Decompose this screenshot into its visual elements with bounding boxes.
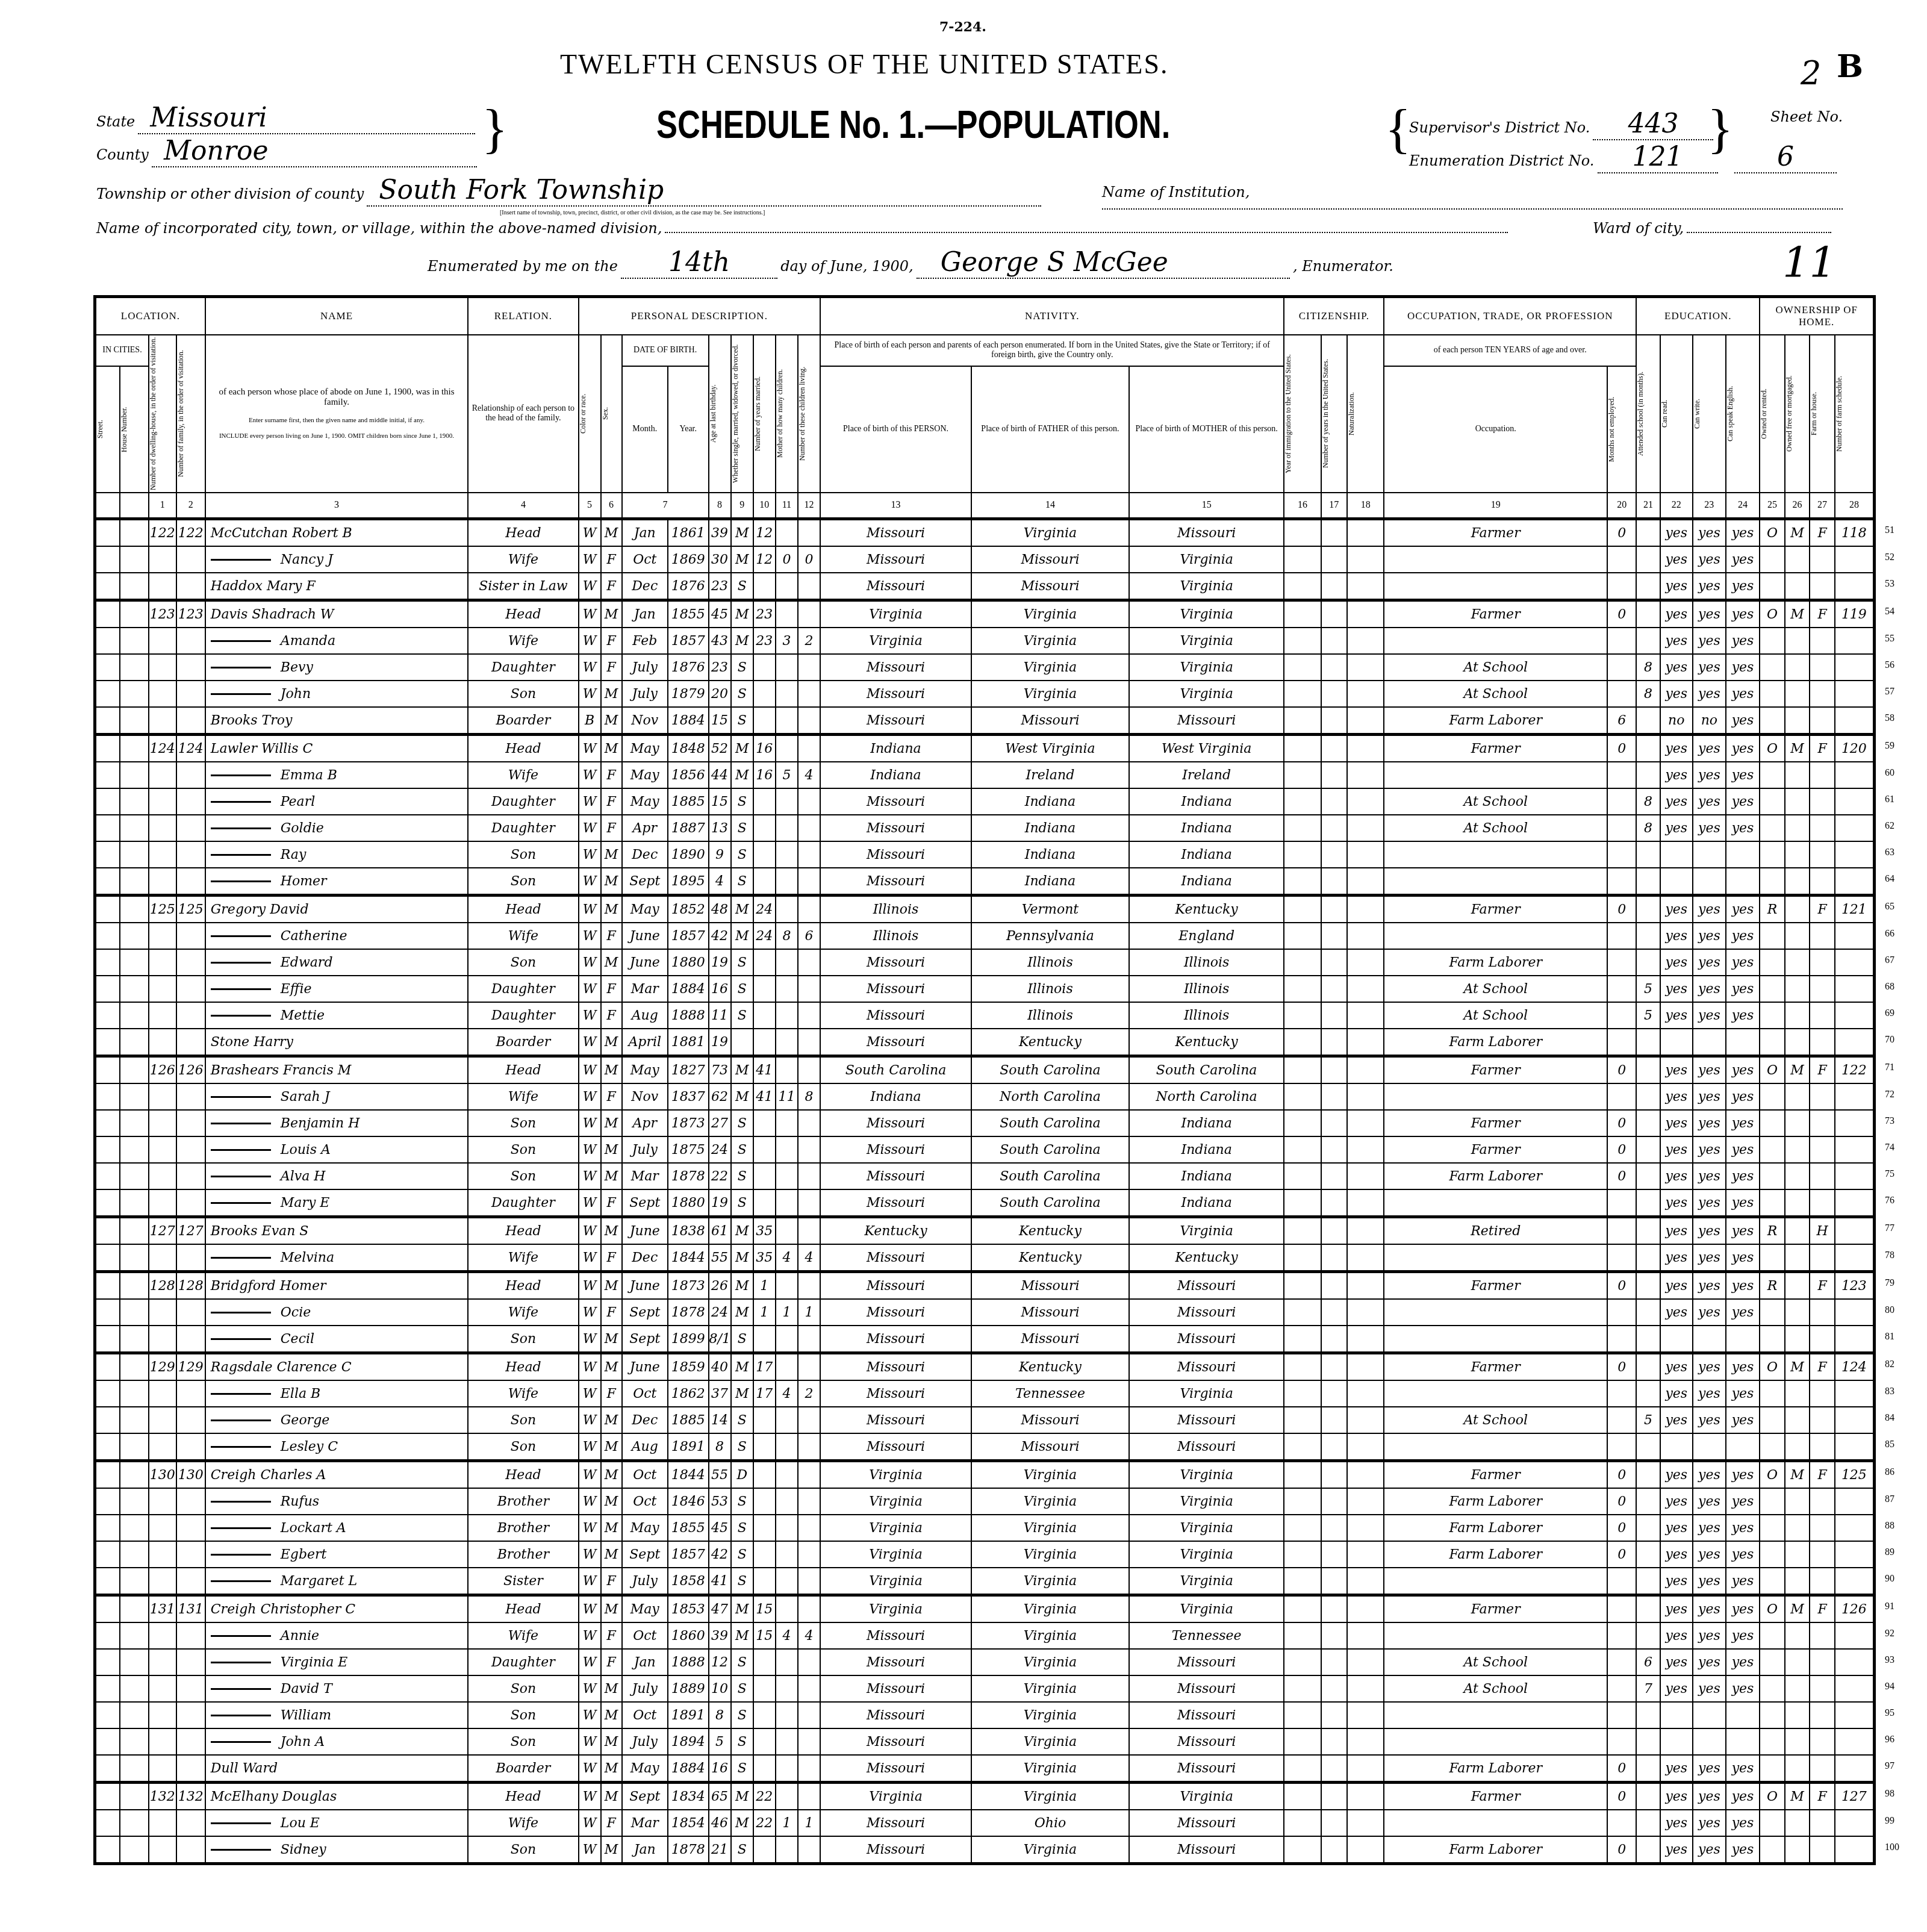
birth-year: 1844 [668, 1244, 709, 1272]
birthplace-person: Indiana [820, 735, 971, 762]
family-number [176, 1702, 205, 1728]
mother-of-children [776, 1029, 798, 1056]
marital-status: S [731, 1541, 753, 1568]
naturalization [1347, 1353, 1384, 1381]
owned-rented [1760, 868, 1784, 896]
supervisor-district-value: 443 [1593, 108, 1713, 140]
color: W [579, 1461, 601, 1489]
family-number [176, 1755, 205, 1783]
color: W [579, 1810, 601, 1836]
children-living [798, 681, 820, 707]
color: W [579, 788, 601, 815]
marital-status: S [731, 949, 753, 976]
sex: M [601, 896, 622, 923]
family-number: 127 [176, 1217, 205, 1245]
attended-school [1636, 1217, 1660, 1245]
birthplace-mother: South Carolina [1129, 1056, 1284, 1084]
enumerated-suffix: day of June, 1900, [780, 258, 914, 275]
colnum: 17 [1321, 493, 1348, 519]
birth-month: Mar [622, 1810, 668, 1836]
birth-year: 1856 [668, 762, 709, 788]
months-unemployed: 0 [1607, 1461, 1636, 1489]
marital-status: S [731, 1515, 753, 1541]
birthplace-father: Illinois [971, 1002, 1129, 1029]
birth-year: 1878 [668, 1163, 709, 1189]
farm-house [1810, 1433, 1834, 1461]
birthplace-mother: Ireland [1129, 762, 1284, 788]
immigration-year [1284, 1083, 1321, 1110]
same-surname-dash [211, 1635, 271, 1637]
house-number [120, 1110, 149, 1136]
house-number [120, 654, 149, 681]
can-read: yes [1660, 519, 1693, 547]
given-name: Cecil [281, 1332, 314, 1347]
attended-school: 8 [1636, 654, 1660, 681]
given-name: Melvina [281, 1250, 334, 1265]
months-unemployed: 0 [1607, 1783, 1636, 1810]
sex: F [601, 1568, 622, 1595]
owned-rented [1760, 1836, 1784, 1864]
attended-school [1636, 600, 1660, 628]
years-married: 12 [753, 546, 776, 573]
mother-of-children [776, 519, 798, 547]
months-unemployed [1607, 1649, 1636, 1675]
institution-label: Name of Institution, [1102, 184, 1250, 201]
children-living [798, 1002, 820, 1029]
years-in-us [1321, 1515, 1348, 1541]
mother-of-children [776, 1136, 798, 1163]
line-number: 61 [1885, 794, 1915, 805]
years-in-us [1321, 1029, 1348, 1056]
person-name: David T [205, 1675, 468, 1702]
occupation: Farmer [1384, 600, 1607, 628]
can-read: yes [1660, 1163, 1693, 1189]
immigration-year [1284, 654, 1321, 681]
farm-schedule: 125 [1835, 1461, 1875, 1489]
attended-school [1636, 1272, 1660, 1300]
color: W [579, 841, 601, 868]
person-name: Annie [205, 1622, 468, 1649]
years-in-us [1321, 868, 1348, 896]
birthplace-person: Missouri [820, 707, 971, 735]
birth-year: 1855 [668, 1515, 709, 1541]
sex: M [601, 707, 622, 735]
birthplace-person: Virginia [820, 1488, 971, 1515]
sex: M [601, 1515, 622, 1541]
naturalization [1347, 1622, 1384, 1649]
birth-month: July [622, 1728, 668, 1755]
birth-year: 1899 [668, 1326, 709, 1353]
occupation: At School [1384, 1675, 1607, 1702]
immigration-year [1284, 1541, 1321, 1568]
attended-school [1636, 949, 1660, 976]
dwelling-number [149, 1488, 176, 1515]
relation: Son [468, 1110, 578, 1136]
marital-status: M [731, 628, 753, 654]
can-write: yes [1693, 1380, 1726, 1407]
given-name: Charles A [260, 1468, 326, 1483]
house-number [120, 1163, 149, 1189]
sex: F [601, 1083, 622, 1110]
schedule-title: SCHEDULE No. 1.—POPULATION. [656, 102, 1170, 147]
children-living [798, 1728, 820, 1755]
family-number [176, 628, 205, 654]
dwelling-number [149, 1083, 176, 1110]
house-number [120, 1755, 149, 1783]
relation: Son [468, 1702, 578, 1728]
farm-house [1810, 949, 1834, 976]
years-married: 23 [753, 628, 776, 654]
birth-month: May [622, 762, 668, 788]
mother-of-children [776, 1353, 798, 1381]
immigration-year [1284, 1810, 1321, 1836]
naturalization [1347, 1272, 1384, 1300]
can-write: yes [1693, 1353, 1726, 1381]
house-number [120, 1244, 149, 1272]
given-name: Clarence C [277, 1360, 352, 1375]
brace-districts-close: } [1707, 102, 1733, 157]
birthplace-person: Illinois [820, 896, 971, 923]
colnum: 5 [579, 493, 601, 519]
birthplace-mother: North Carolina [1129, 1083, 1284, 1110]
birthplace-father: Missouri [971, 1407, 1129, 1433]
colnum: 8 [709, 493, 731, 519]
dwelling-number [149, 1541, 176, 1568]
birthplace-person: Virginia [820, 1515, 971, 1541]
birth-year: 1880 [668, 949, 709, 976]
can-read [1660, 1702, 1693, 1728]
age: 5 [709, 1728, 731, 1755]
owned-rented [1760, 1407, 1784, 1433]
family-number [176, 841, 205, 868]
person-name: Creigh Christopher C [205, 1595, 468, 1623]
table-row: Sarah JWifeWFNov183762M41118IndianaNorth… [95, 1083, 1875, 1110]
months-unemployed [1607, 949, 1636, 976]
given-name: Goldie [281, 821, 324, 836]
sex: M [601, 841, 622, 868]
house-number [120, 1568, 149, 1595]
free-mortgaged [1785, 1488, 1810, 1515]
street [95, 735, 120, 762]
street [95, 654, 120, 681]
can-read: yes [1660, 1810, 1693, 1836]
can-write: yes [1693, 949, 1726, 976]
house-number [120, 815, 149, 841]
dwelling-number [149, 1515, 176, 1541]
months-unemployed [1607, 1728, 1636, 1755]
naturalization [1347, 949, 1384, 976]
can-write: yes [1693, 976, 1726, 1002]
birth-year: 1876 [668, 573, 709, 600]
relation: Head [468, 600, 578, 628]
months-unemployed [1607, 1433, 1636, 1461]
occupation [1384, 628, 1607, 654]
can-speak-english: yes [1726, 1461, 1760, 1489]
attended-school [1636, 1728, 1660, 1755]
birth-year: 1859 [668, 1353, 709, 1381]
farm-schedule: 126 [1835, 1595, 1875, 1623]
months-unemployed [1607, 1299, 1636, 1326]
age: 41 [709, 1568, 731, 1595]
years-married: 17 [753, 1353, 776, 1381]
line-number: 81 [1885, 1332, 1915, 1342]
farm-schedule [1835, 681, 1875, 707]
given-name: Sarah J [281, 1089, 330, 1105]
colnum: 26 [1785, 493, 1810, 519]
person-name: Haddox Mary F [205, 573, 468, 600]
birthplace-father: South Carolina [971, 1110, 1129, 1136]
color: W [579, 1326, 601, 1353]
header-birth-father: Place of birth of FATHER of this person. [971, 366, 1129, 493]
occupation: Farm Laborer [1384, 1541, 1607, 1568]
marital-status: M [731, 1810, 753, 1836]
same-surname-dash [211, 1554, 271, 1556]
color: W [579, 1002, 601, 1029]
sex: F [601, 762, 622, 788]
enumerated-prefix: Enumerated by me on the [428, 258, 618, 275]
family-number [176, 815, 205, 841]
same-surname-dash [211, 774, 271, 776]
birthplace-person: Virginia [820, 1541, 971, 1568]
occupation: At School [1384, 976, 1607, 1002]
farm-schedule [1835, 654, 1875, 681]
line-number: 86 [1885, 1467, 1915, 1478]
dwelling-number: 125 [149, 896, 176, 923]
same-surname-dash [211, 1501, 271, 1503]
header-street: Street. [96, 378, 104, 481]
birthplace-person: Missouri [820, 1728, 971, 1755]
house-number [120, 896, 149, 923]
can-write: yes [1693, 1136, 1726, 1163]
attended-school [1636, 1515, 1660, 1541]
immigration-year [1284, 1299, 1321, 1326]
dwelling-number: 128 [149, 1272, 176, 1300]
occupation [1384, 1433, 1607, 1461]
given-name: Lesley C [281, 1439, 338, 1454]
given-name: Ocie [281, 1305, 311, 1320]
farm-house [1810, 681, 1834, 707]
surname: Ragsdale [211, 1360, 273, 1375]
years-married [753, 788, 776, 815]
sex: M [601, 1728, 622, 1755]
birth-month: Oct [622, 1488, 668, 1515]
free-mortgaged: M [1785, 1595, 1810, 1623]
house-number [120, 1836, 149, 1864]
can-write: yes [1693, 735, 1726, 762]
line-number: 84 [1885, 1413, 1915, 1424]
relation: Wife [468, 1380, 578, 1407]
relation: Brother [468, 1515, 578, 1541]
age: 61 [709, 1217, 731, 1245]
birthplace-father: Virginia [971, 1515, 1129, 1541]
can-read: yes [1660, 1244, 1693, 1272]
attended-school: 8 [1636, 788, 1660, 815]
person-name: Bridgford Homer [205, 1272, 468, 1300]
can-write: yes [1693, 681, 1726, 707]
age: 20 [709, 681, 731, 707]
marital-status: M [731, 1299, 753, 1326]
children-living [798, 1702, 820, 1728]
farm-schedule [1835, 762, 1875, 788]
can-speak-english: yes [1726, 788, 1760, 815]
farm-house [1810, 1244, 1834, 1272]
occupation: Farm Laborer [1384, 1029, 1607, 1056]
birthplace-father: Virginia [971, 1568, 1129, 1595]
given-name: Annie [281, 1628, 319, 1644]
colnum: 11 [776, 493, 798, 519]
attended-school [1636, 519, 1660, 547]
header-family-number: Number of family, in the order of visita… [177, 335, 185, 492]
owned-rented [1760, 1002, 1784, 1029]
children-living: 0 [798, 546, 820, 573]
person-name: Sarah J [205, 1083, 468, 1110]
family-number [176, 1541, 205, 1568]
years-in-us [1321, 1488, 1348, 1515]
given-name: Willis C [261, 741, 313, 756]
relation: Head [468, 735, 578, 762]
institution-value [1102, 208, 1843, 210]
surname: Dull [211, 1761, 238, 1776]
free-mortgaged: M [1785, 519, 1810, 547]
years-married: 35 [753, 1217, 776, 1245]
farm-schedule [1835, 815, 1875, 841]
sex: M [601, 600, 622, 628]
attended-school [1636, 1810, 1660, 1836]
farm-schedule [1835, 1675, 1875, 1702]
birthplace-father: Kentucky [971, 1029, 1129, 1056]
free-mortgaged [1785, 1541, 1810, 1568]
free-mortgaged [1785, 1568, 1810, 1595]
occupation [1384, 573, 1607, 600]
immigration-year [1284, 1002, 1321, 1029]
can-read: yes [1660, 1217, 1693, 1245]
can-speak-english [1726, 868, 1760, 896]
can-read: yes [1660, 1136, 1693, 1163]
county-field: County Monroe [96, 136, 482, 167]
sex: M [601, 1461, 622, 1489]
mother-of-children: 4 [776, 1622, 798, 1649]
years-married: 41 [753, 1056, 776, 1084]
children-living [798, 896, 820, 923]
birthplace-mother: Virginia [1129, 1461, 1284, 1489]
street [95, 1595, 120, 1623]
months-unemployed [1607, 1810, 1636, 1836]
occupation: Farmer [1384, 1353, 1607, 1381]
can-read: yes [1660, 896, 1693, 923]
years-married [753, 681, 776, 707]
person-name: Louis A [205, 1136, 468, 1163]
immigration-year [1284, 1675, 1321, 1702]
farm-schedule: 127 [1835, 1783, 1875, 1810]
group-location: LOCATION. [95, 297, 205, 335]
dwelling-number [149, 868, 176, 896]
birthplace-person: Missouri [820, 681, 971, 707]
birthplace-mother: Missouri [1129, 1407, 1284, 1433]
family-number [176, 976, 205, 1002]
dwelling-number [149, 1810, 176, 1836]
years-in-us [1321, 735, 1348, 762]
farm-schedule [1835, 1163, 1875, 1189]
months-unemployed [1607, 1217, 1636, 1245]
age: 73 [709, 1056, 731, 1084]
mother-of-children [776, 1163, 798, 1189]
birthplace-person: Virginia [820, 600, 971, 628]
can-read [1660, 1433, 1693, 1461]
immigration-year [1284, 1836, 1321, 1864]
surname: Lawler [211, 741, 257, 756]
table-row: WilliamSonWMOct18918SMissouriVirginiaMis… [95, 1702, 1875, 1728]
children-living [798, 976, 820, 1002]
free-mortgaged [1785, 1433, 1810, 1461]
attended-school: 8 [1636, 815, 1660, 841]
naturalization [1347, 976, 1384, 1002]
birthplace-mother: Virginia [1129, 681, 1284, 707]
years-in-us [1321, 1622, 1348, 1649]
occupation [1384, 1326, 1607, 1353]
immigration-year [1284, 1163, 1321, 1189]
birthplace-person: Missouri [820, 1299, 971, 1326]
family-number [176, 788, 205, 815]
relation: Head [468, 1595, 578, 1623]
family-number [176, 681, 205, 707]
brace-districts-open: { [1385, 102, 1411, 157]
marital-status: M [731, 1056, 753, 1084]
can-read: yes [1660, 1189, 1693, 1217]
city-value [665, 232, 1508, 233]
can-speak-english: yes [1726, 1407, 1760, 1433]
owned-rented [1760, 1380, 1784, 1407]
birth-year: 1854 [668, 1810, 709, 1836]
attended-school [1636, 1488, 1660, 1515]
birthplace-person: Missouri [820, 1163, 971, 1189]
birth-month: May [622, 896, 668, 923]
surname: Gregory [211, 902, 266, 917]
street [95, 1649, 120, 1675]
colnum: 18 [1347, 493, 1384, 519]
line-number: 52 [1885, 552, 1915, 563]
table-row: Haddox Mary FSister in LawWFDec187623SMi… [95, 573, 1875, 600]
table-row: David TSonWMJuly188910SMissouriVirginiaM… [95, 1675, 1875, 1702]
same-surname-dash [211, 1202, 271, 1204]
years-married [753, 1568, 776, 1595]
birth-year: 1885 [668, 1407, 709, 1433]
birthplace-person: Missouri [820, 1326, 971, 1353]
immigration-year [1284, 1272, 1321, 1300]
sex: M [601, 1783, 622, 1810]
years-in-us [1321, 1272, 1348, 1300]
header-children-living: Number of these children living. [799, 335, 806, 492]
months-unemployed: 0 [1607, 1272, 1636, 1300]
sex: M [601, 1836, 622, 1864]
birth-month: Dec [622, 841, 668, 868]
age: 16 [709, 1755, 731, 1783]
birth-month: Sept [622, 1783, 668, 1810]
naturalization [1347, 1541, 1384, 1568]
occupation: Farm Laborer [1384, 707, 1607, 735]
given-name: Margaret L [281, 1574, 357, 1589]
house-number [120, 1541, 149, 1568]
state-field: State Missouri [96, 102, 482, 134]
marital-status: S [731, 1002, 753, 1029]
birthplace-person: Missouri [820, 1353, 971, 1381]
dwelling-number [149, 1163, 176, 1189]
children-living [798, 1836, 820, 1864]
years-married [753, 1136, 776, 1163]
family-number [176, 1407, 205, 1433]
free-mortgaged: M [1785, 1783, 1810, 1810]
free-mortgaged [1785, 546, 1810, 573]
free-mortgaged [1785, 573, 1810, 600]
